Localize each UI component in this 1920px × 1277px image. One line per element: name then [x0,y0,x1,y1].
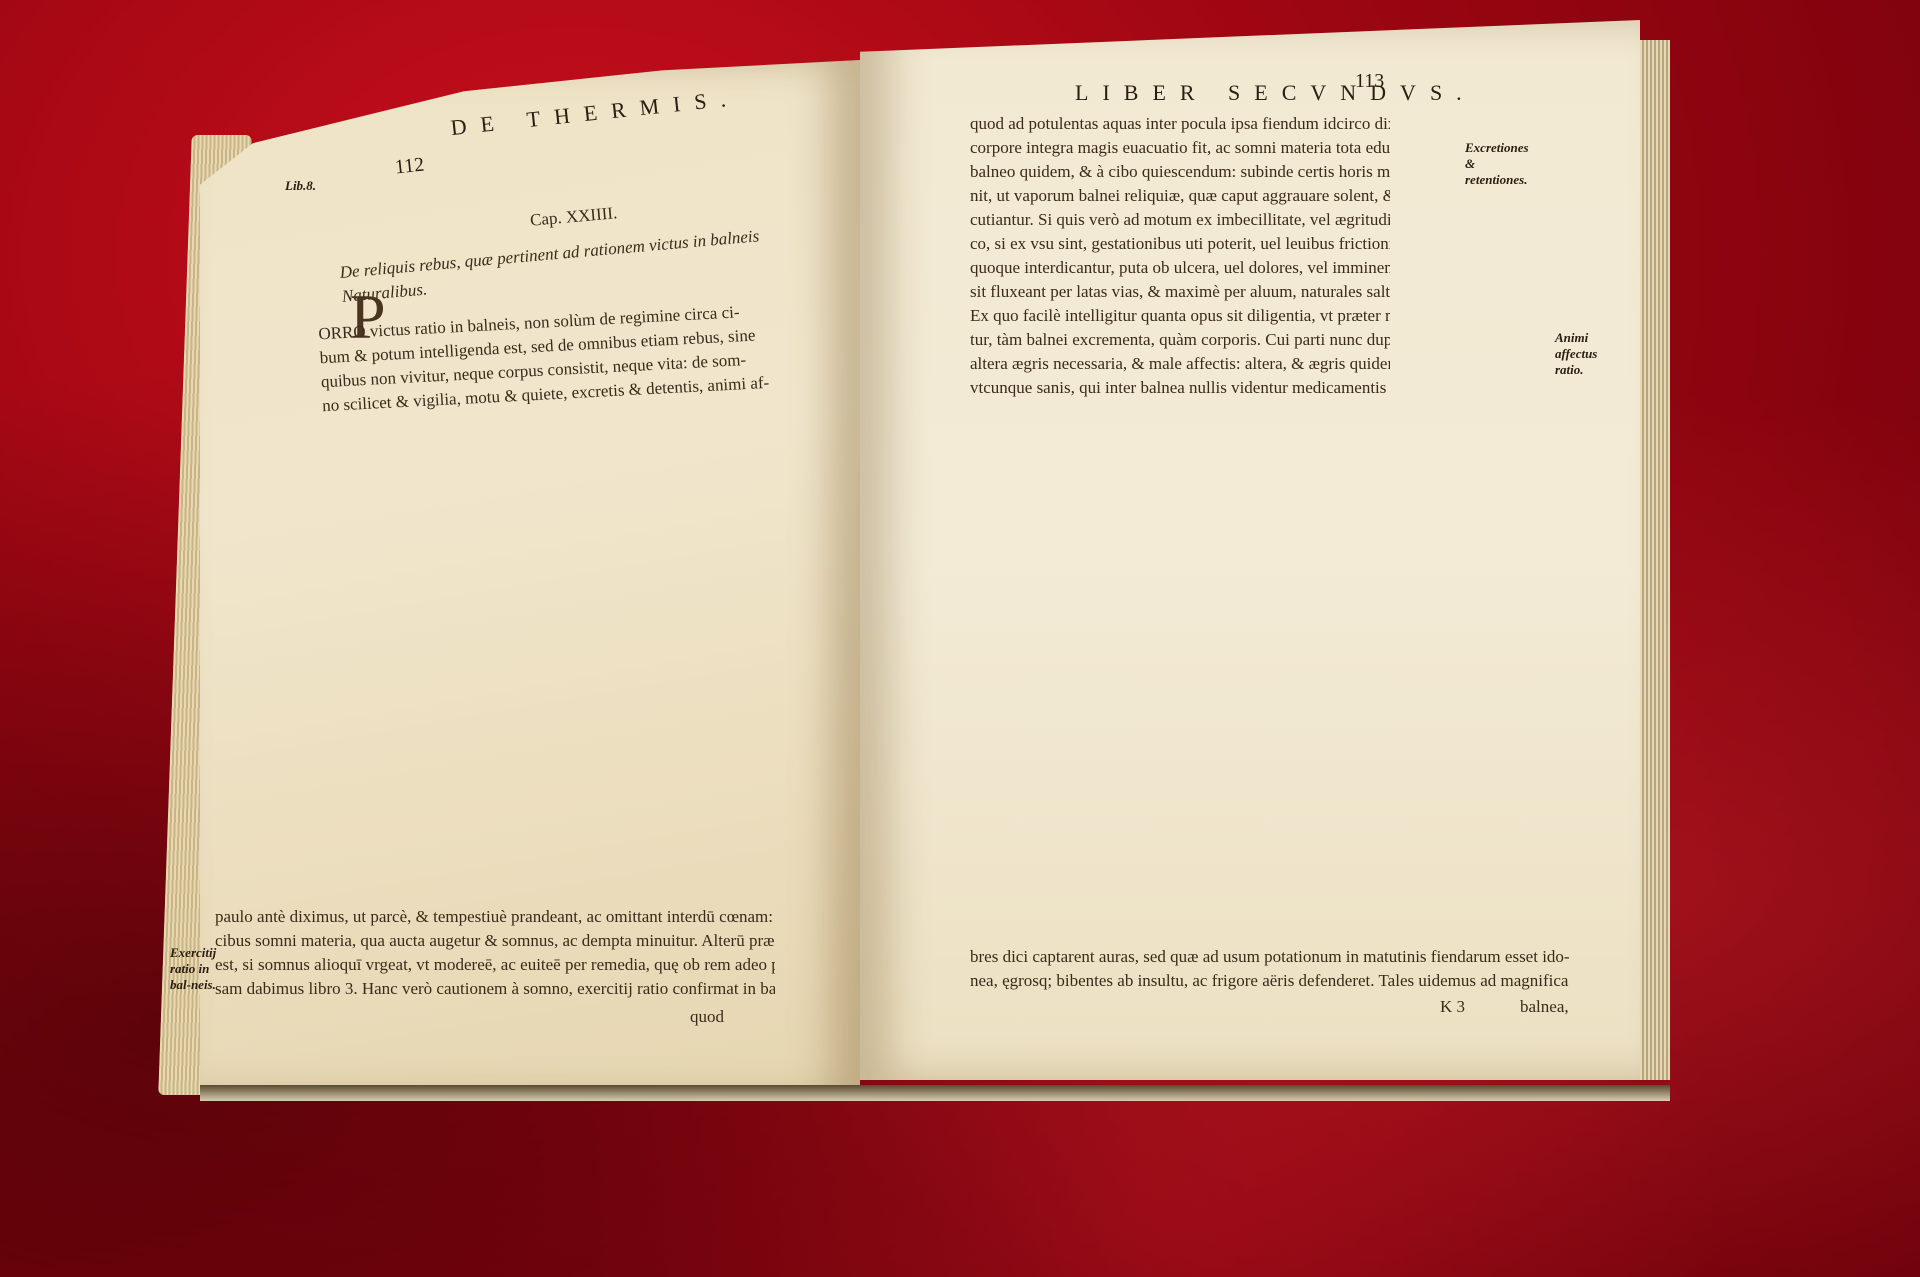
text-line: sit fluxeant per latas vias, & maximè pe… [970,280,1390,304]
right-page-number: 113 [1355,70,1384,93]
left-catchword: quod [690,1005,724,1029]
signature-mark: K 3 [1440,995,1465,1019]
right-running-head: LIBER SECVNDVS. [1075,80,1476,106]
right-marginal-note: Excretiones & retentiones. [1465,140,1535,188]
text-line: Ex quo facilè intelligitur quanta opus s… [970,304,1390,328]
left-marginal-note: Exercitij ratio in bal-neis. [170,945,230,993]
right-catchword: balnea, [1520,995,1569,1019]
right-text-block: quod ad potulentas aquas inter pocula ip… [970,112,1390,400]
text-line: paulo antè diximus, ut parcè, & tempesti… [215,905,775,929]
text-line: tur, tàm balnei excrementa, quàm corpori… [970,328,1390,352]
book-bottom-edge [200,1085,1670,1101]
text-line: cibus somni materia, qua aucta augetur &… [215,929,775,953]
left-page-number: 112 [394,154,426,180]
text-line: balneo quidem, & à cibo quiescendum: sub… [970,160,1390,184]
text-line: vtcunque sanis, qui inter balnea nullis … [970,376,1390,400]
text-line: bres dici captarent auras, sed quæ ad us… [970,945,1610,969]
text-line: quoque interdicantur, puta ob ulcera, ue… [970,256,1390,280]
text-line: sam dabimus libro 3. Hanc verò cautionem… [215,977,775,1001]
text-line: cutiantur. Si quis verò ad motum ex imbe… [970,208,1390,232]
text-line: corpore integra magis euacuatio fit, ac … [970,136,1390,160]
right-marginal-note: Animi affectus ratio. [1555,330,1625,378]
open-book: 112 DE THERMIS. Lib.8. De reliquis rebus… [0,0,1920,1277]
left-bottom-text: paulo antè diximus, ut parcè, & tempesti… [215,905,775,1001]
text-line: est, si somnus alioquī vrgeat, vt modere… [215,953,775,977]
text-line: quod ad potulentas aquas inter pocula ip… [970,112,1390,136]
right-page-stack [1640,40,1670,1080]
right-bottom-text: bres dici captarent auras, sed quæ ad us… [970,945,1610,993]
text-line: altera ægris necessaria, & male affectis… [970,352,1390,376]
text-line: co, si ex vsu sint, gestationibus uti po… [970,232,1390,256]
text-line: nea, ęgrosq; bibentes ab insultu, ac fri… [970,969,1610,993]
left-marginal-note: Lib.8. [285,178,316,194]
text-line: nit, ut vaporum balnei reliquiæ, quæ cap… [970,184,1390,208]
